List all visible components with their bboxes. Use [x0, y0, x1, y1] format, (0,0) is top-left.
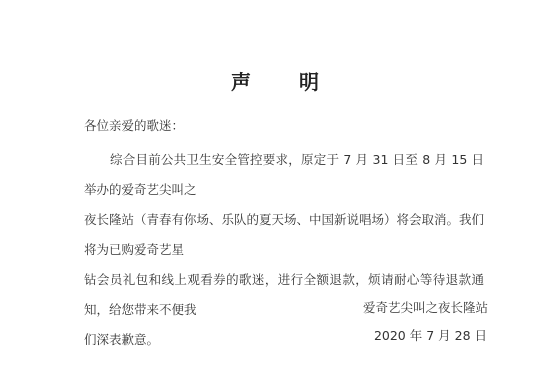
- signature: 爱奇艺尖叫之夜长隆站: [363, 298, 488, 316]
- body-line: 钻会员礼包和线上观看券的歌迷，进行全额退款，烦请耐心等待退款通知，给您带来不便我: [84, 265, 484, 325]
- greeting: 各位亲爱的歌迷：: [84, 116, 184, 134]
- date: 2020 年 7 月 28 日: [374, 326, 487, 344]
- document-title: 声明: [0, 66, 550, 95]
- body-line: 夜长隆站（青春有你场、乐队的夏天场、中国新说唱场）将会取消。我们将为已购爱奇艺星: [84, 205, 484, 265]
- body-paragraph: 综合目前公共卫生安全管控要求，原定于 7 月 31 日至 8 月 15 日举办的…: [84, 145, 484, 355]
- body-line: 综合目前公共卫生安全管控要求，原定于 7 月 31 日至 8 月 15 日举办的…: [84, 145, 484, 205]
